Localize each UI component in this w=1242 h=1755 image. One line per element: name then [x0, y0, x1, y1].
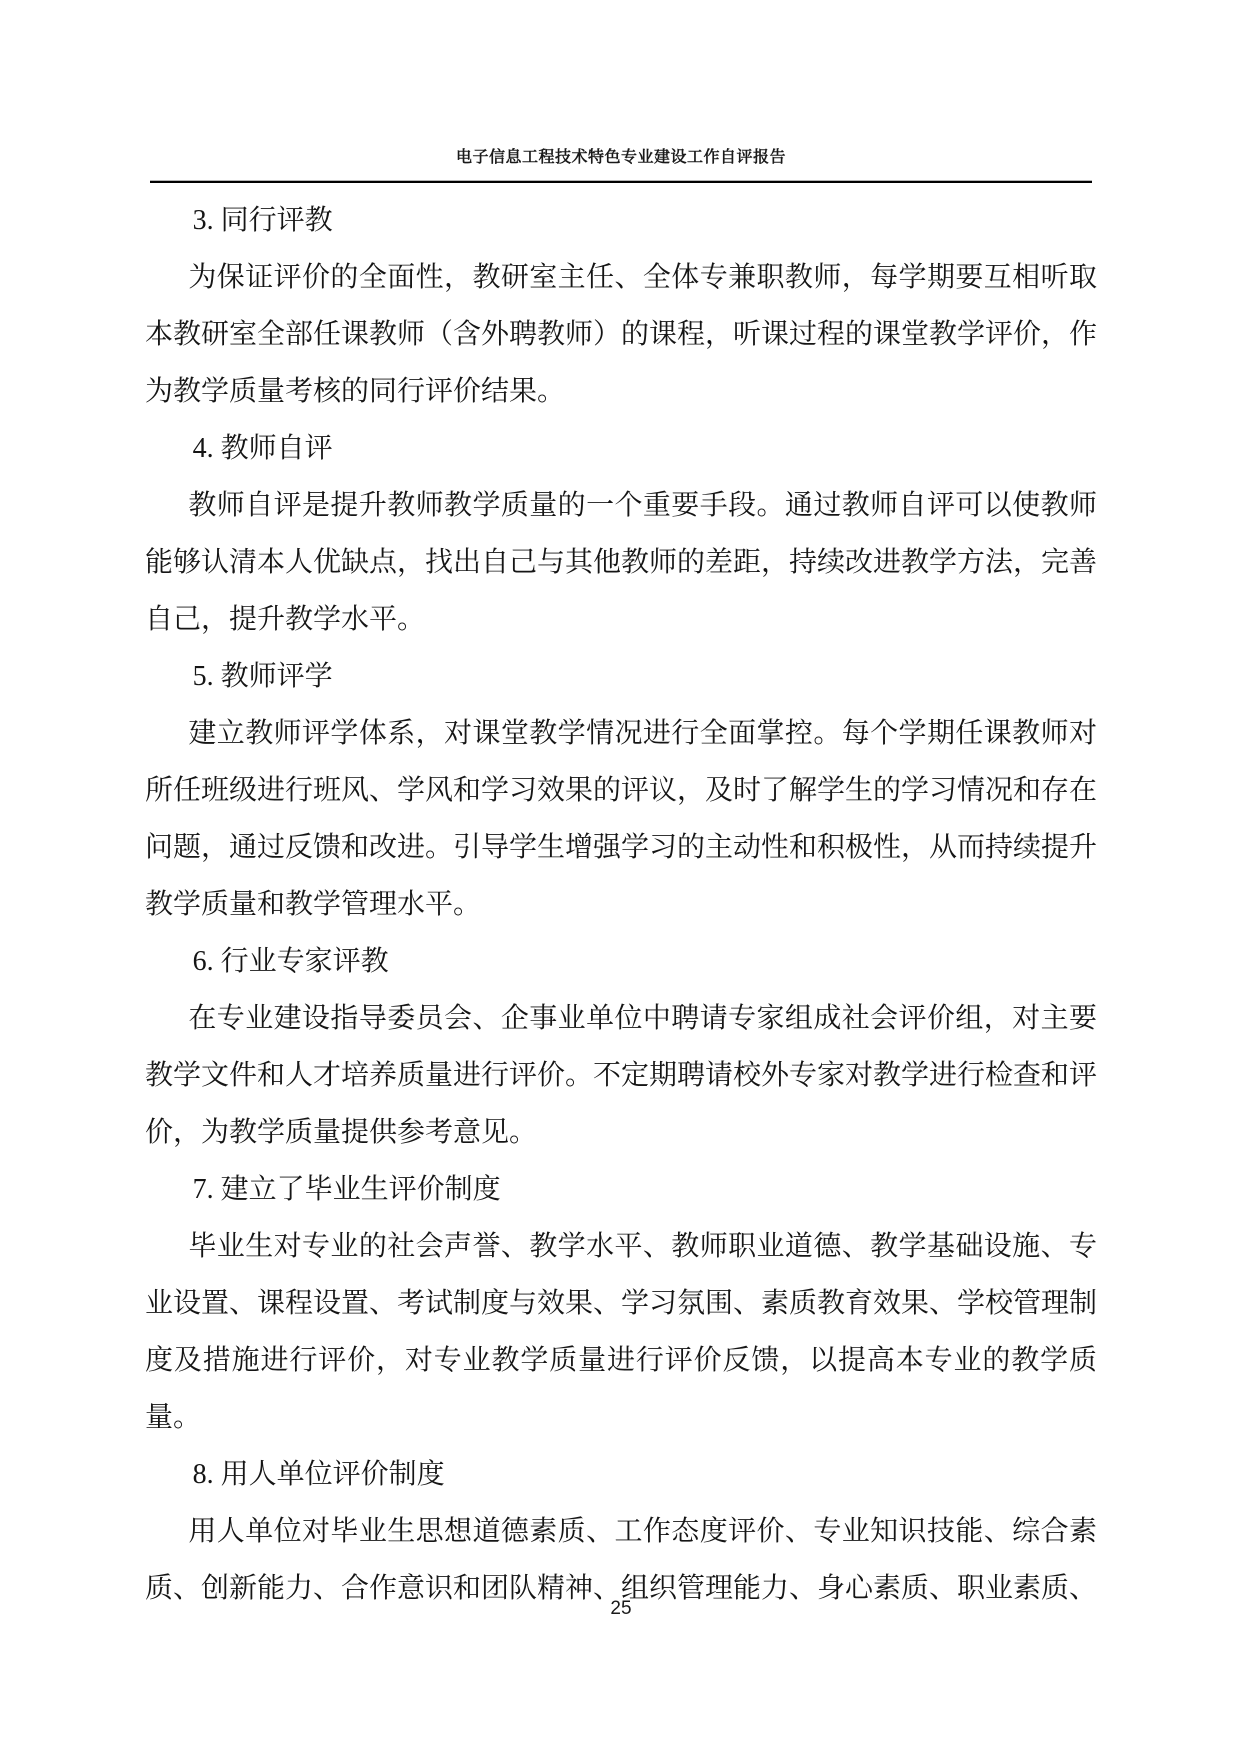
body-paragraph: 教师自评是提升教师教学质量的一个重要手段。通过教师自评可以使教师能够认清本人优缺…: [145, 477, 1097, 648]
section-heading: 5. 教师评学: [145, 648, 1097, 705]
section-heading: 4. 教师自评: [145, 420, 1097, 477]
page-header: 电子信息工程技术特色专业建设工作自评报告: [145, 144, 1097, 167]
body-paragraph: 建立教师评学体系，对课堂教学情况进行全面掌控。每个学期任课教师对所任班级进行班风…: [145, 705, 1097, 933]
document-page: 电子信息工程技术特色专业建设工作自评报告 3. 同行评教为保证评价的全面性，教研…: [0, 0, 1242, 1755]
body-paragraph: 为保证评价的全面性，教研室主任、全体专兼职教师，每学期要互相听取本教研室全部任课…: [145, 249, 1097, 420]
section-heading: 7. 建立了毕业生评价制度: [145, 1161, 1097, 1218]
page-header-title: 电子信息工程技术特色专业建设工作自评报告: [456, 149, 786, 166]
header-rule: [150, 180, 1092, 183]
body-paragraph: 在专业建设指导委员会、企事业单位中聘请专家组成社会评价组，对主要教学文件和人才培…: [145, 990, 1097, 1161]
page-number: 25: [0, 1598, 1242, 1620]
body-paragraph: 毕业生对专业的社会声誉、教学水平、教师职业道德、教学基础设施、专业设置、课程设置…: [145, 1218, 1097, 1446]
section-heading: 6. 行业专家评教: [145, 933, 1097, 990]
section-heading: 3. 同行评教: [145, 192, 1097, 249]
section-heading: 8. 用人单位评价制度: [145, 1446, 1097, 1503]
document-body: 3. 同行评教为保证评价的全面性，教研室主任、全体专兼职教师，每学期要互相听取本…: [145, 192, 1097, 1617]
